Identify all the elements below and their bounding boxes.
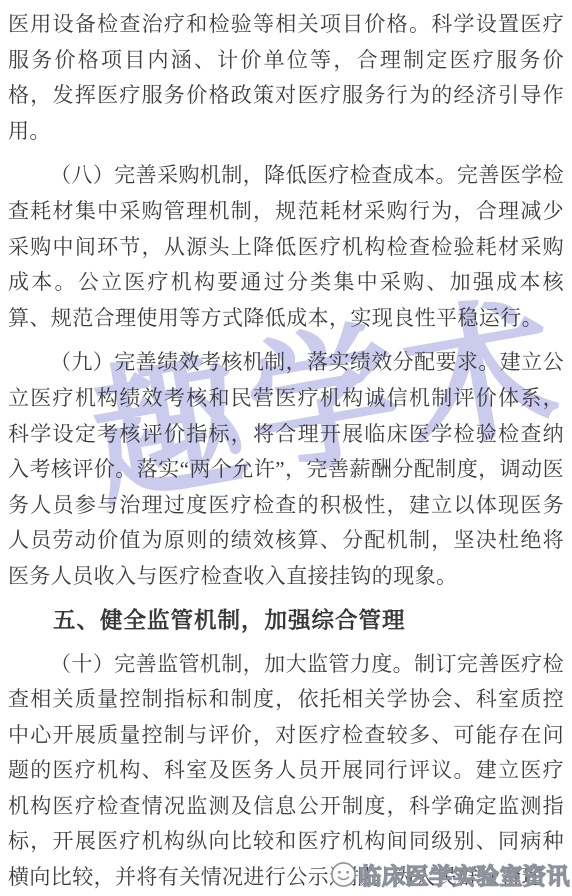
document-page: 医用设备检查治疗和检验等相关项目价格。科学设置医疗服务价格项目内涵、计价单位等，… — [0, 0, 572, 896]
paragraph-item-8-procurement: （八）完善采购机制，降低医疗检查成本。完善医学检查耗材集中采购管理机制，规范耗材… — [8, 158, 564, 336]
paragraph-item-10-supervision: （十）完善监管机制，加大监管力度。制订完善医疗检查相关质量控制指标和制度，依托相… — [8, 647, 564, 896]
paragraph-price-policy-continuation: 医用设备检查治疗和检验等相关项目价格。科学设置医疗服务价格项目内涵、计价单位等，… — [8, 7, 564, 149]
paragraph-item-9-performance: （九）完善绩效考核机制，落实绩效分配要求。建立公立医疗机构绩效考核和民营医疗机构… — [8, 345, 564, 594]
section-heading-supervision: 五、健全监管机制，加强综合管理 — [8, 604, 564, 637]
